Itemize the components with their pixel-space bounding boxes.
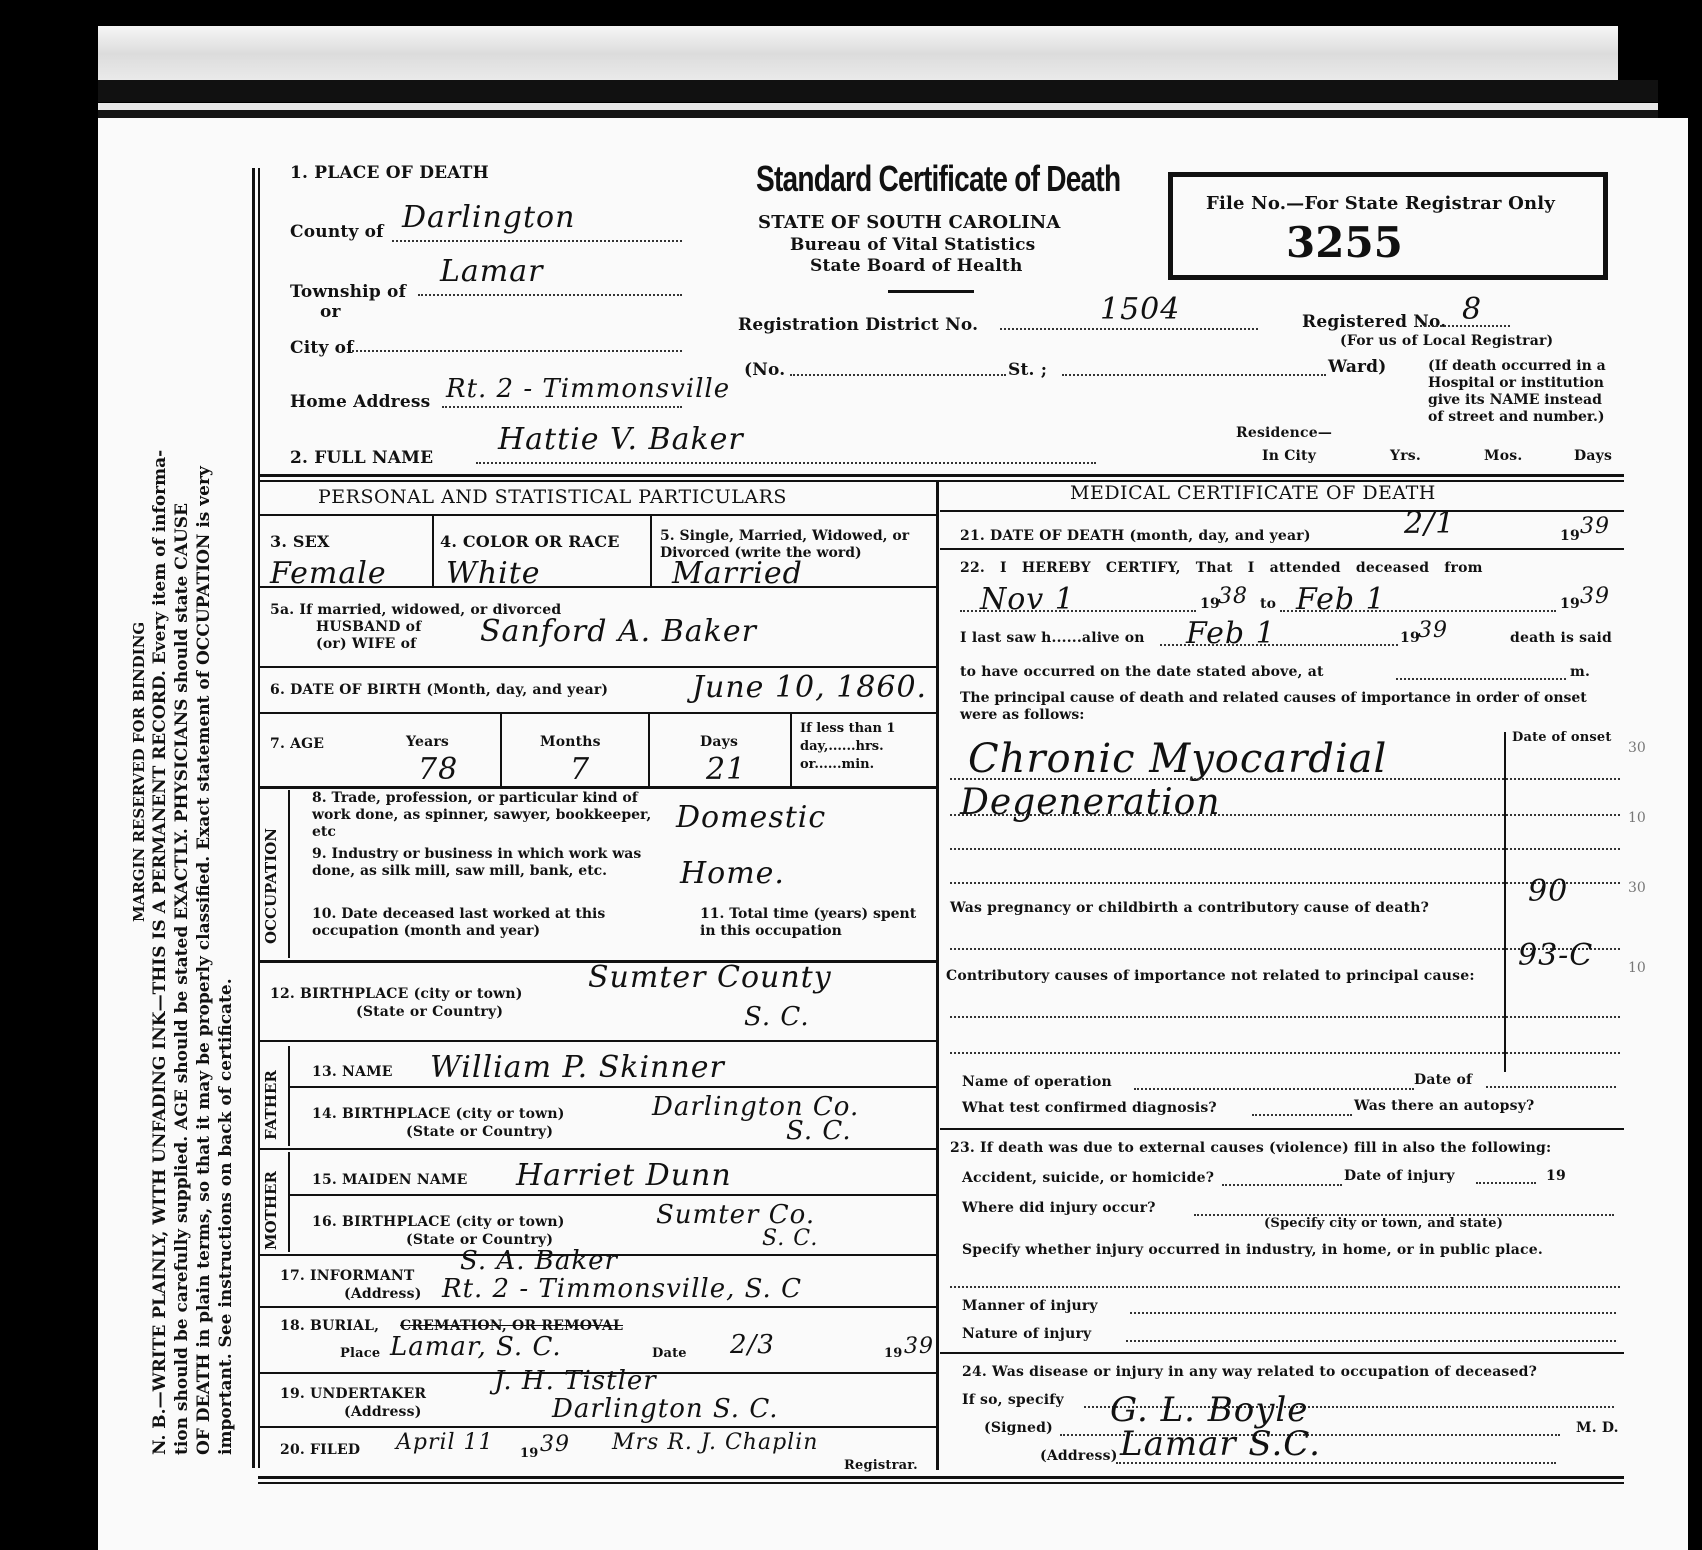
dob-label: 6. DATE OF BIRTH (Month, day, and year) bbox=[270, 682, 608, 698]
birthplace-sub-label: (State or Country) bbox=[356, 1004, 503, 1020]
rule bbox=[258, 514, 936, 516]
attended-from-value[interactable]: Nov 1 bbox=[980, 582, 1075, 617]
nature-label: Nature of injury bbox=[962, 1326, 1091, 1342]
margin-instruction-line-2: tion should be carefully supplied. AGE s… bbox=[172, 503, 192, 1455]
residence-label: Residence— bbox=[1236, 425, 1332, 441]
m-label: m. bbox=[1570, 664, 1590, 680]
certify-label: 22. I HEREBY CERTIFY, That I attended de… bbox=[960, 560, 1483, 576]
margin-number: 30 bbox=[1628, 880, 1646, 896]
rule bbox=[940, 548, 1624, 550]
informant-address-label: (Address) bbox=[344, 1286, 422, 1302]
rule bbox=[258, 1148, 936, 1150]
dod-year-prefix: 19 bbox=[1560, 528, 1580, 544]
pregnancy-code[interactable]: 90 bbox=[1528, 874, 1568, 909]
dod-value[interactable]: 2/1 bbox=[1404, 506, 1455, 541]
rule-v bbox=[650, 516, 652, 586]
where-injury-label: Where did injury occur? bbox=[962, 1200, 1156, 1216]
board-name: State Board of Health bbox=[810, 256, 1023, 276]
operation-line[interactable] bbox=[1134, 1088, 1414, 1090]
rule bbox=[258, 586, 936, 588]
age-days-label: Days bbox=[700, 734, 738, 750]
principal-cause-value-2[interactable]: Degeneration bbox=[960, 782, 1221, 823]
filed-year-prefix: 19 bbox=[520, 1446, 539, 1461]
registered-no-value[interactable]: 8 bbox=[1462, 292, 1482, 327]
date-of-onset-label: Date of onset bbox=[1512, 730, 1612, 745]
rule bbox=[258, 712, 936, 714]
or-label: or bbox=[320, 302, 341, 322]
county-line bbox=[392, 240, 682, 242]
filed-year-value[interactable]: 39 bbox=[540, 1432, 570, 1457]
injury-date-label: Date of injury bbox=[1344, 1168, 1455, 1184]
death-said-label: death is said bbox=[1510, 630, 1612, 646]
state-name: STATE OF SOUTH CAROLINA bbox=[758, 212, 1061, 233]
father-side-label: FATHER bbox=[262, 1070, 280, 1140]
spouse-label-2: HUSBAND of bbox=[316, 619, 421, 635]
father-name-value[interactable]: William P. Skinner bbox=[430, 1050, 725, 1085]
manner-line[interactable] bbox=[1130, 1312, 1616, 1314]
registered-no-label: Registered No. bbox=[1302, 312, 1446, 332]
margin-number: 10 bbox=[1628, 960, 1646, 976]
age-days-value[interactable]: 21 bbox=[706, 752, 746, 787]
physician-address-value[interactable]: Lamar S.C. bbox=[1120, 1424, 1321, 1464]
full-name-label: 2. FULL NAME bbox=[290, 448, 433, 468]
residence-days-label: Days bbox=[1574, 448, 1612, 464]
cause-line-4[interactable] bbox=[950, 882, 1620, 884]
burial-label: 18. BURIAL, bbox=[280, 1318, 379, 1334]
spouse-label-3: (or) WIFE of bbox=[316, 636, 416, 652]
home-address-line bbox=[442, 406, 682, 408]
frame-left-rule-2 bbox=[258, 168, 260, 1468]
title-underline bbox=[888, 290, 974, 293]
specify-whether-line[interactable] bbox=[950, 1286, 1620, 1288]
principal-cause-label: The principal cause of death and related… bbox=[960, 690, 1620, 724]
specify-city-label: (Specify city or town, and state) bbox=[1264, 1216, 1503, 1231]
attended-from-year-value[interactable]: 38 bbox=[1218, 584, 1248, 609]
father-birthplace-label: 14. BIRTHPLACE (city or town) bbox=[312, 1106, 565, 1122]
sex-label: 3. SEX bbox=[270, 532, 330, 551]
column-divider bbox=[936, 480, 939, 1470]
industry-label: 9. Industry or business in which work wa… bbox=[312, 846, 662, 880]
rule-v bbox=[500, 714, 502, 786]
city-label: City of bbox=[290, 338, 354, 358]
operation-date-label: Date of bbox=[1414, 1072, 1472, 1088]
injury-year-prefix: 19 bbox=[1546, 1168, 1566, 1184]
industry-value[interactable]: Home. bbox=[680, 856, 785, 891]
residence-in-city-label: In City bbox=[1262, 448, 1316, 464]
birthplace-state-value[interactable]: S. C. bbox=[744, 1002, 810, 1032]
dob-value[interactable]: June 10, 1860. bbox=[692, 670, 927, 705]
rule bbox=[258, 786, 936, 789]
occupation-side-label: OCCUPATION bbox=[262, 828, 280, 944]
rule bbox=[940, 1352, 1624, 1354]
frame-left-rule bbox=[252, 168, 255, 1468]
spouse-value[interactable]: Sanford A. Baker bbox=[480, 614, 757, 649]
rule-v bbox=[288, 1152, 290, 1252]
rule bbox=[258, 1426, 936, 1428]
margin-number: 10 bbox=[1628, 810, 1646, 826]
last-saw-year-prefix: 19 bbox=[1400, 630, 1420, 646]
rule bbox=[258, 1040, 936, 1042]
contributory-code[interactable]: 93-C bbox=[1518, 938, 1593, 973]
filed-date-value[interactable]: April 11 bbox=[396, 1430, 494, 1455]
margin-instruction-line-3: OF DEATH in plain terms, so that it may … bbox=[194, 466, 214, 1455]
accident-line[interactable] bbox=[1222, 1184, 1342, 1186]
accident-label: Accident, suicide, or homicide? bbox=[962, 1170, 1214, 1186]
trade-label: 8. Trade, profession, or particular kind… bbox=[312, 790, 662, 841]
occurred-label: to have occurred on the date stated abov… bbox=[960, 664, 1324, 680]
home-address-label: Home Address bbox=[290, 392, 430, 412]
last-saw-value[interactable]: Feb 1 bbox=[1186, 616, 1276, 651]
street-label: St. ; bbox=[1008, 360, 1047, 380]
if-so-label: If so, specify bbox=[962, 1392, 1064, 1408]
section-rule-bottom-2 bbox=[258, 1482, 1624, 1484]
injury-date-line[interactable] bbox=[1476, 1182, 1536, 1184]
total-time-label: 11. Total time (years) spent in this occ… bbox=[700, 906, 930, 940]
informant-label: 17. INFORMANT bbox=[280, 1268, 415, 1284]
rule bbox=[258, 1306, 936, 1308]
age-months-label: Months bbox=[540, 734, 601, 750]
pregnancy-label: Was pregnancy or childbirth a contributo… bbox=[950, 900, 1429, 916]
scan-light-band bbox=[98, 103, 1658, 110]
street-no-label: (No. bbox=[744, 360, 785, 380]
street-line[interactable] bbox=[1062, 374, 1326, 376]
birthplace-value[interactable]: Sumter County bbox=[588, 960, 832, 995]
race-label: 4. COLOR OR RACE bbox=[440, 532, 620, 551]
test-line[interactable] bbox=[1252, 1114, 1352, 1116]
father-name-label: 13. NAME bbox=[312, 1064, 393, 1080]
age-months-value[interactable]: 7 bbox=[570, 752, 590, 787]
full-name-line bbox=[476, 462, 1096, 464]
undertaker-address-value[interactable]: Darlington S. C. bbox=[552, 1394, 779, 1424]
rule bbox=[940, 510, 1624, 512]
specify-whether-label: Specify whether injury occurred in indus… bbox=[962, 1242, 1543, 1258]
rule bbox=[940, 1128, 1624, 1130]
rule-v bbox=[432, 516, 434, 586]
occupation-related-label: 24. Was disease or injury in any way rel… bbox=[962, 1364, 1537, 1380]
contributory-line-2[interactable] bbox=[950, 1052, 1620, 1054]
contributory-line-1[interactable] bbox=[950, 1016, 1620, 1018]
rule bbox=[258, 666, 936, 668]
margin-instruction-line-4: important. See instructions on back of c… bbox=[216, 978, 236, 1455]
township-label: Township of bbox=[290, 282, 406, 302]
birthplace-label: 12. BIRTHPLACE (city or town) bbox=[270, 986, 523, 1002]
dod-label: 21. DATE OF DEATH (month, day, and year) bbox=[960, 528, 1311, 544]
county-value[interactable]: Darlington bbox=[402, 200, 575, 235]
rule-v bbox=[648, 714, 650, 786]
personal-heading: PERSONAL AND STATISTICAL PARTICULARS bbox=[318, 486, 787, 508]
rule bbox=[290, 1194, 936, 1196]
age-years-value[interactable]: 78 bbox=[418, 752, 458, 787]
operation-date-line[interactable] bbox=[1486, 1086, 1616, 1088]
last-worked-label: 10. Date deceased last worked at this oc… bbox=[312, 906, 652, 940]
place-of-death-heading: 1. PLACE OF DEATH bbox=[290, 163, 489, 183]
father-birthplace-state-value[interactable]: S. C. bbox=[786, 1116, 852, 1146]
medical-heading: MEDICAL CERTIFICATE OF DEATH bbox=[1070, 482, 1436, 504]
file-number-value: 3255 bbox=[1286, 218, 1403, 267]
burial-date-label: Date bbox=[652, 1346, 687, 1361]
burial-year-value[interactable]: 39 bbox=[904, 1334, 934, 1359]
burial-date-value[interactable]: 2/3 bbox=[730, 1330, 775, 1360]
rule-v bbox=[288, 790, 290, 958]
margin-binding-note: MARGIN RESERVED FOR BINDING bbox=[130, 622, 148, 922]
rule-v bbox=[288, 1046, 290, 1146]
autopsy-label: Was there an autopsy? bbox=[1354, 1098, 1534, 1114]
bureau-name: Bureau of Vital Statistics bbox=[790, 235, 1035, 255]
dod-year-value[interactable]: 39 bbox=[1580, 514, 1610, 539]
mother-name-value[interactable]: Harriet Dunn bbox=[516, 1158, 732, 1193]
cause-line-3[interactable] bbox=[950, 848, 1620, 850]
mother-birthplace-state-value[interactable]: S. C. bbox=[762, 1226, 818, 1251]
residence-yrs-label: Yrs. bbox=[1390, 448, 1421, 464]
nature-line[interactable] bbox=[1126, 1340, 1616, 1342]
scan-dark-band bbox=[98, 80, 1658, 102]
county-label: County of bbox=[290, 222, 384, 242]
attended-from-year-prefix: 19 bbox=[1200, 596, 1220, 612]
hospital-note: (If death occurred in a Hospital or inst… bbox=[1428, 358, 1618, 426]
home-address-value[interactable]: Rt. 2 - Timmonsville bbox=[446, 374, 730, 404]
last-saw-label: I last saw h......alive on bbox=[960, 630, 1145, 646]
age-less-than-label: If less than 1 day,......hrs. or......mi… bbox=[800, 720, 936, 774]
registrar-signature[interactable]: Mrs R. J. Chaplin bbox=[612, 1430, 818, 1455]
full-name-value[interactable]: Hattie V. Baker bbox=[498, 422, 744, 457]
operation-label: Name of operation bbox=[962, 1074, 1112, 1090]
onset-column-rule bbox=[1504, 732, 1506, 1072]
rule bbox=[290, 1086, 936, 1088]
mother-name-label: 15. MAIDEN NAME bbox=[312, 1172, 467, 1188]
certificate-title: Standard Certificate of Death bbox=[756, 158, 1120, 200]
age-label: 7. AGE bbox=[270, 736, 324, 752]
attended-to-year-prefix: 19 bbox=[1560, 596, 1580, 612]
registrar-label: Registrar. bbox=[844, 1458, 918, 1473]
to-label: to bbox=[1260, 596, 1276, 612]
undertaker-label: 19. UNDERTAKER bbox=[280, 1386, 426, 1402]
cause-line-2 bbox=[950, 814, 1620, 816]
last-saw-year-value[interactable]: 39 bbox=[1418, 618, 1448, 643]
trade-value[interactable]: Domestic bbox=[676, 800, 826, 835]
cause-line-1 bbox=[950, 778, 1620, 780]
rule-v bbox=[790, 714, 792, 786]
occurred-time-line[interactable] bbox=[1396, 678, 1566, 680]
ward-label: Ward) bbox=[1328, 357, 1387, 377]
age-years-label: Years bbox=[406, 734, 449, 750]
file-number-label: File No.—For State Registrar Only bbox=[1206, 193, 1555, 214]
burial-place-label: Place bbox=[340, 1346, 380, 1361]
street-no-line[interactable] bbox=[790, 374, 1006, 376]
md-label: M. D. bbox=[1576, 1420, 1619, 1436]
signed-label: (Signed) bbox=[984, 1420, 1053, 1436]
informant-value[interactable]: S. A. Baker bbox=[460, 1246, 618, 1276]
test-label: What test confirmed diagnosis? bbox=[962, 1100, 1217, 1116]
physician-address-label: (Address) bbox=[1040, 1448, 1118, 1464]
manner-label: Manner of injury bbox=[962, 1298, 1098, 1314]
principal-cause-value[interactable]: Chronic Myocardial bbox=[968, 736, 1387, 782]
section-rule-bottom bbox=[258, 1476, 1624, 1479]
attended-to-year-value[interactable]: 39 bbox=[1580, 584, 1610, 609]
registration-district-label: Registration District No. bbox=[738, 315, 978, 335]
mother-birthplace-label: 16. BIRTHPLACE (city or town) bbox=[312, 1214, 565, 1230]
margin-instruction-line-1: N. B.—WRITE PLAINLY, WITH UNFADING INK—T… bbox=[150, 450, 170, 1455]
external-causes-label: 23. If death was due to external causes … bbox=[950, 1140, 1551, 1156]
undertaker-address-label: (Address) bbox=[344, 1404, 422, 1420]
attended-to-value[interactable]: Feb 1 bbox=[1296, 582, 1386, 617]
residence-mos-label: Mos. bbox=[1484, 448, 1522, 464]
margin-number: 30 bbox=[1628, 740, 1646, 756]
registration-district-value[interactable]: 1504 bbox=[1100, 292, 1180, 327]
city-line[interactable] bbox=[352, 350, 682, 352]
undertaker-value[interactable]: J. H. Tistler bbox=[494, 1366, 657, 1396]
township-value[interactable]: Lamar bbox=[440, 254, 543, 289]
father-birthplace-sub-label: (State or Country) bbox=[406, 1124, 553, 1140]
contributory-label: Contributory causes of importance not re… bbox=[946, 968, 1475, 984]
burial-place-value[interactable]: Lamar, S. C. bbox=[390, 1332, 562, 1362]
local-registrar-note: (For us of Local Registrar) bbox=[1340, 333, 1553, 349]
informant-address-value[interactable]: Rt. 2 - Timmonsville, S. C bbox=[442, 1274, 802, 1304]
mother-side-label: MOTHER bbox=[262, 1171, 280, 1250]
registration-district-line bbox=[1000, 328, 1258, 330]
filed-label: 20. FILED bbox=[280, 1442, 360, 1458]
section-rule-top bbox=[258, 474, 1624, 477]
burial-year-prefix: 19 bbox=[884, 1346, 903, 1361]
township-line bbox=[418, 294, 682, 296]
